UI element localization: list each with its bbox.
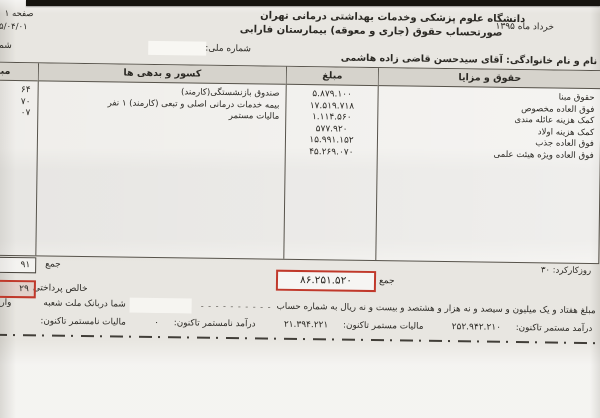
- earnings-total-highlighted: ۸۶.۲۵۱.۵۲۰: [276, 270, 376, 292]
- stat-label: درآمد مستمر تاکنون:: [516, 323, 593, 334]
- payslip-scan-page: دانشگاه علوم پزشکی وخدمات بهداشتی درمانی…: [0, 0, 600, 418]
- dashed-separator-line: [0, 334, 600, 344]
- national-id-redaction-box: [148, 41, 206, 56]
- page-number: صفحه ۱: [5, 9, 34, 19]
- account-redaction-box: [130, 297, 192, 313]
- earnings-amount-column: مبلغ ۵.۸۷۹.۱۰۰ ۱۷.۵۱۹.۷۱۸ ۱.۱۱۴.۵۶۰ ۵۷۷.…: [284, 67, 379, 260]
- name-label: نام و نام خانوادگی:: [506, 55, 597, 67]
- national-id-label: شماره ملی:: [205, 44, 251, 55]
- earning-amount: ۴۵.۲۶۹.۰۷۰: [286, 147, 377, 160]
- stat-noncontinuous-income: درآمد نامستمر تاکنون: ۰: [154, 318, 256, 329]
- deduction-amount: ۰۷: [0, 107, 37, 120]
- deduction-item: مالیات مستمر: [38, 109, 285, 124]
- deductions-total-box-clipped: ۹۱: [0, 257, 36, 274]
- deduction-amount: ۷۰: [0, 96, 38, 109]
- university-title: دانشگاه علوم پزشکی وخدمات بهداشتی درمانی…: [253, 10, 533, 25]
- scan-skew-wrapper: دانشگاه علوم پزشکی وخدمات بهداشتی درمانی…: [0, 0, 600, 418]
- stat-label: مالیات مستمر تاکنون:: [343, 321, 424, 332]
- tax-income-stats-line: درآمد مستمر تاکنون: ۲۵۲.۹۴۲.۲۱۰ مالیات م…: [0, 316, 592, 334]
- deduction-amount: ۶۴: [0, 84, 38, 97]
- deductions-total-label: جمع: [45, 259, 61, 269]
- amount-header: مبلغ: [287, 67, 378, 86]
- earnings-column: حقوق و مزایا حقوق مبنا فوق العاده مخصوص …: [376, 68, 600, 263]
- earning-item: فوق العاده ویژه هیئت علمی: [378, 148, 600, 163]
- deposit-text-start: مبلغ هفتاد و یک میلیون و سیصد و نه هزار …: [276, 302, 595, 316]
- work-days: روزکارکرد: ۳۰: [541, 265, 591, 276]
- stat-value: ۲۵۲.۹۴۲.۲۱۰: [452, 322, 501, 333]
- name-value: آقای سیدحسن قاضی زاده هاشمی: [341, 53, 503, 66]
- payslip-table: مبلغ ۶۴ ۷۰ ۰۷ کسور و بدهی ها صندوق بازنش…: [0, 61, 600, 264]
- employee-name-line: نام و نام خانوادگی: آقای سیدحسن قاضی زاد…: [341, 53, 597, 68]
- stat-noncontinuous-tax: مالیات نامستمر تاکنون:: [28, 316, 126, 327]
- account-number-dashes: - - - - - - - - - -: [201, 301, 272, 311]
- work-days-label: روزکارکرد:: [553, 266, 592, 277]
- deposit-text-end: واریز گردید.: [0, 297, 11, 308]
- deduction-amount-column: مبلغ ۶۴ ۷۰ ۰۷: [0, 62, 39, 255]
- deposit-text-mid: شما دربانک ملت شعبه: [43, 298, 126, 309]
- earnings-total-label: جمع: [379, 276, 395, 286]
- statement-title: صورتحساب حقوق (جاری و معوقه) بیمارستان ف…: [242, 24, 502, 39]
- net-pay-label: خالص پرداختی: [33, 283, 88, 294]
- work-days-value: ۳۰: [541, 265, 550, 275]
- deduction-amount-header-clipped: مبلغ: [0, 62, 38, 81]
- stat-continuous-income: درآمد مستمر تاکنون: ۲۵۲.۹۴۲.۲۱۰: [452, 322, 593, 334]
- deductions-column: کسور و بدهی ها صندوق بازنشستگی(کارمند) ب…: [36, 63, 287, 258]
- stat-value: ۲۱.۳۹۴.۲۲۱: [284, 320, 329, 331]
- print-date: ۹۵/۰۴/۰۱: [0, 22, 28, 32]
- stat-label: درآمد نامستمر تاکنون:: [174, 318, 256, 329]
- stat-continuous-tax: مالیات مستمر تاکنون: ۲۱.۳۹۴.۲۲۱: [284, 320, 424, 332]
- month-label: خرداد ماه ۱۳۹۵: [495, 22, 554, 33]
- stat-label: مالیات نامستمر تاکنون:: [40, 316, 126, 327]
- deposit-sentence: مبلغ هفتاد و یک میلیون و سیصد و نه هزار …: [0, 295, 596, 319]
- stat-value: ۰: [154, 318, 159, 328]
- serial-label-clipped: شماره: [0, 41, 12, 51]
